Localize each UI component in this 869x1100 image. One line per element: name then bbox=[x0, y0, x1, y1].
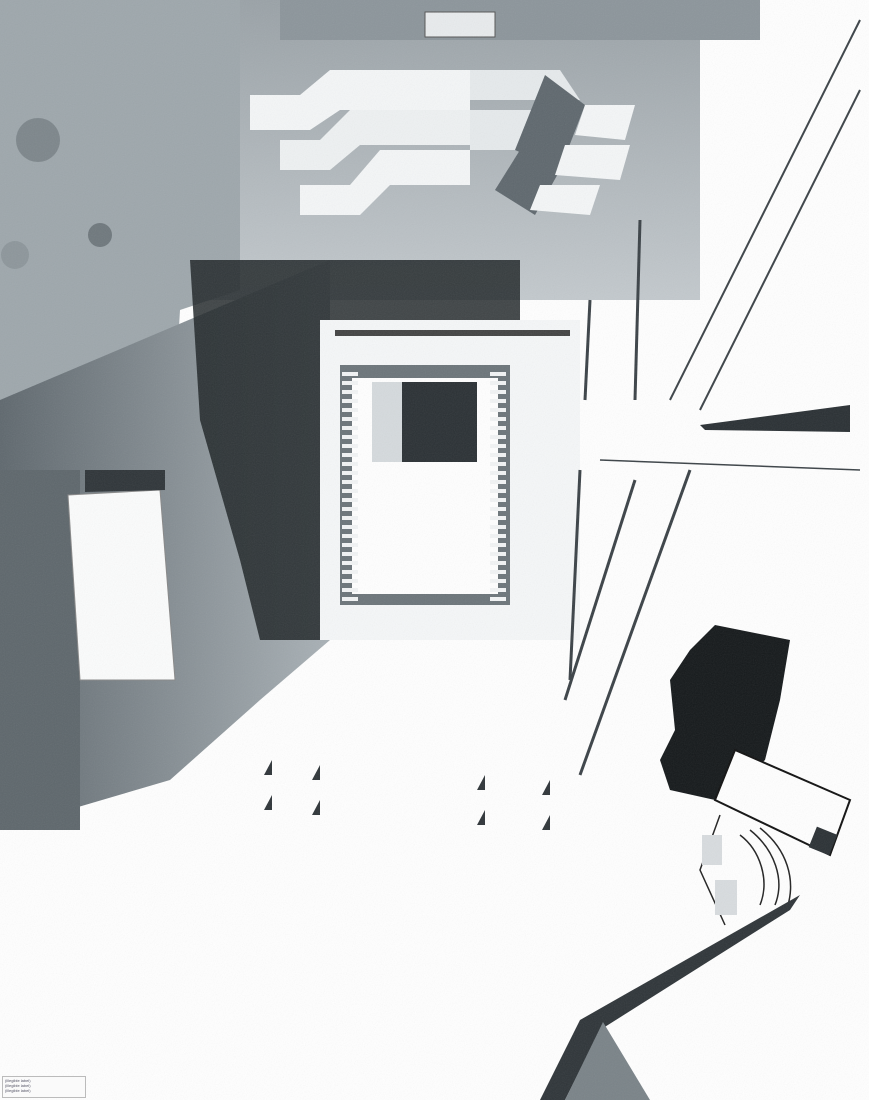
model-drawing bbox=[0, 0, 869, 1100]
model-caption-label: (illegible label) (illegible label) (ill… bbox=[2, 1076, 86, 1098]
architectural-model-photo: (illegible label) (illegible label) (ill… bbox=[0, 0, 869, 1100]
caption-line: (illegible label) bbox=[5, 1088, 83, 1093]
